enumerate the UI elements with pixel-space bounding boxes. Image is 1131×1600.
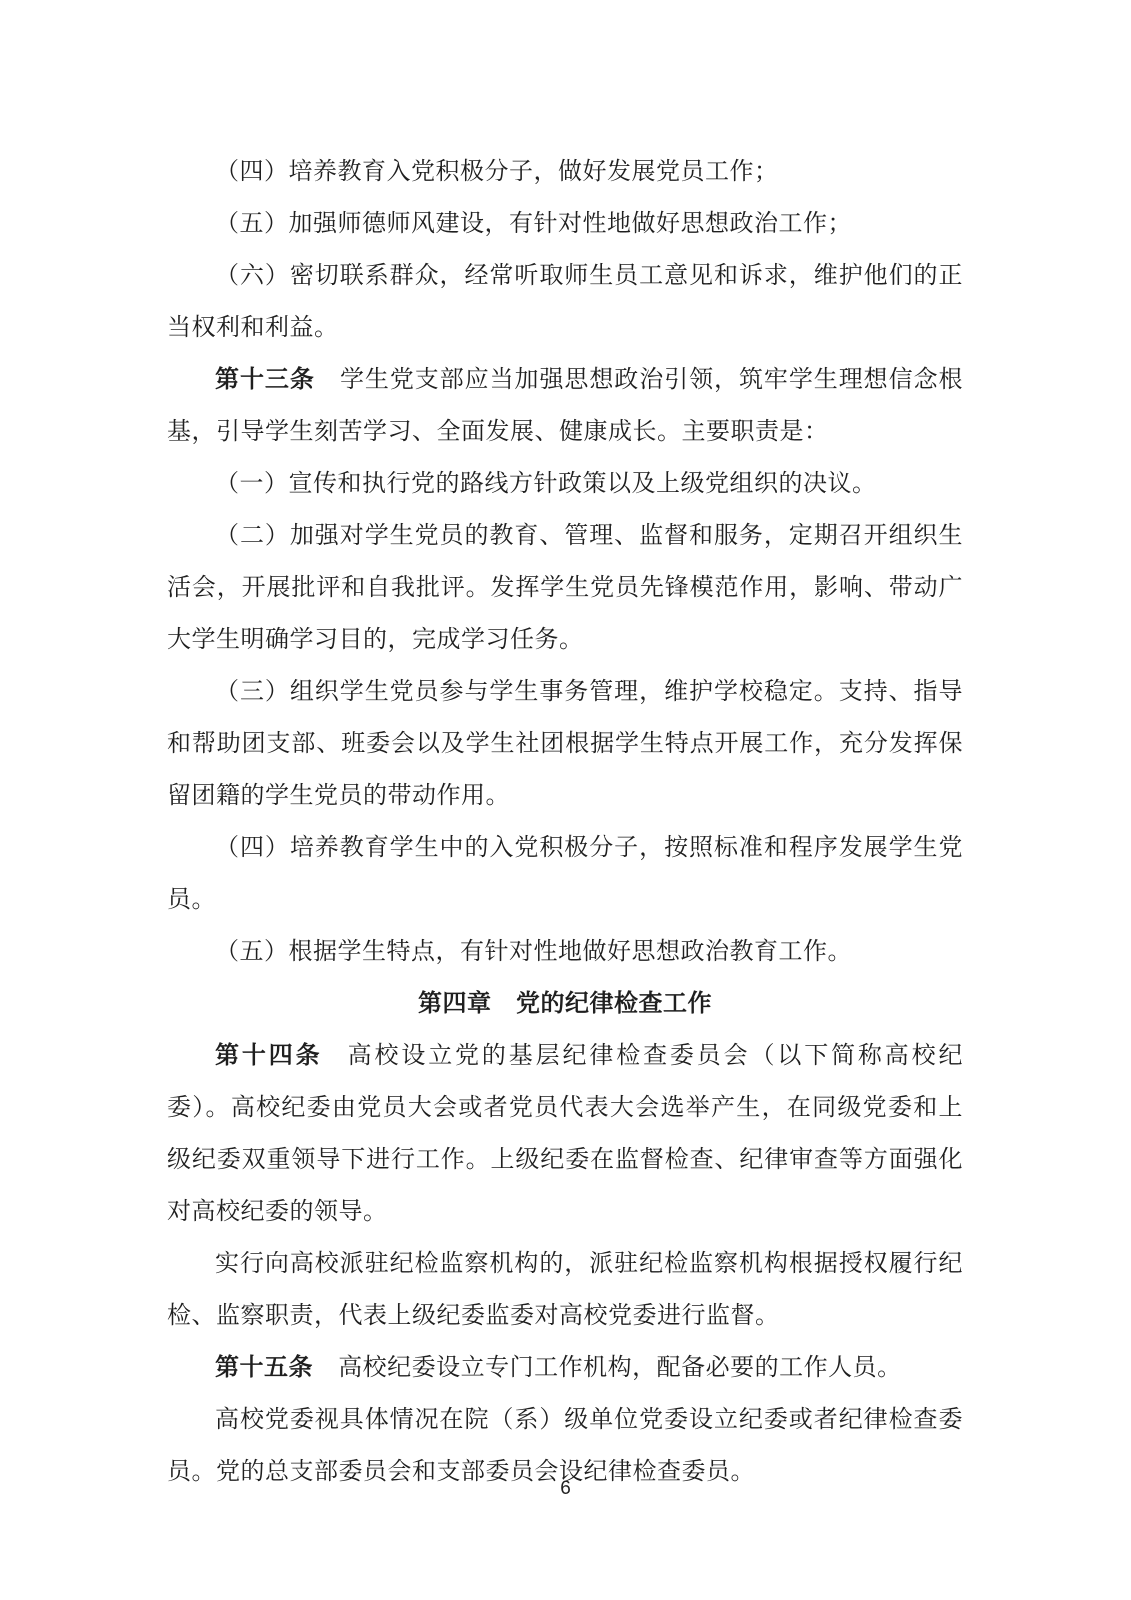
paragraph: （四）培养教育学生中的入党积极分子，按照标准和程序发展学生党员。 xyxy=(167,822,963,926)
paragraph: （五）加强师德师风建设，有针对性地做好思想政治工作； xyxy=(167,198,963,250)
page-number: 6 xyxy=(0,1477,1131,1501)
article-number: 第十三条 xyxy=(215,367,315,393)
chapter-heading: 第四章 党的纪律检查工作 xyxy=(167,978,963,1030)
paragraph: （六）密切联系群众，经常听取师生员工意见和诉求，维护他们的正当权利和利益。 xyxy=(167,250,963,354)
paragraph: （一）宣传和执行党的路线方针政策以及上级党组织的决议。 xyxy=(167,458,963,510)
paragraph: 第十五条高校纪委设立专门工作机构，配备必要的工作人员。 xyxy=(167,1342,963,1394)
document-page: { "page": { "number": "6" }, "document":… xyxy=(0,0,1131,1600)
article-number: 第十五条 xyxy=(215,1355,313,1381)
article-number: 第十四条 xyxy=(215,1043,322,1069)
paragraph: （五）根据学生特点，有针对性地做好思想政治教育工作。 xyxy=(167,926,963,978)
document-body: （四）培养教育入党积极分子，做好发展党员工作；（五）加强师德师风建设，有针对性地… xyxy=(167,146,963,1498)
paragraph: （三）组织学生党员参与学生事务管理，维护学校稳定。支持、指导和帮助团支部、班委会… xyxy=(167,666,963,822)
paragraph: 实行向高校派驻纪检监察机构的，派驻纪检监察机构根据授权履行纪检、监察职责，代表上… xyxy=(167,1238,963,1342)
paragraph: 第十三条学生党支部应当加强思想政治引领，筑牢学生理想信念根基，引导学生刻苦学习、… xyxy=(167,354,963,458)
paragraph: （四）培养教育入党积极分子，做好发展党员工作； xyxy=(167,146,963,198)
paragraph: 第十四条高校设立党的基层纪律检查委员会（以下简称高校纪委）。高校纪委由党员大会或… xyxy=(167,1030,963,1238)
paragraph: （二）加强对学生党员的教育、管理、监督和服务，定期召开组织生活会，开展批评和自我… xyxy=(167,510,963,666)
